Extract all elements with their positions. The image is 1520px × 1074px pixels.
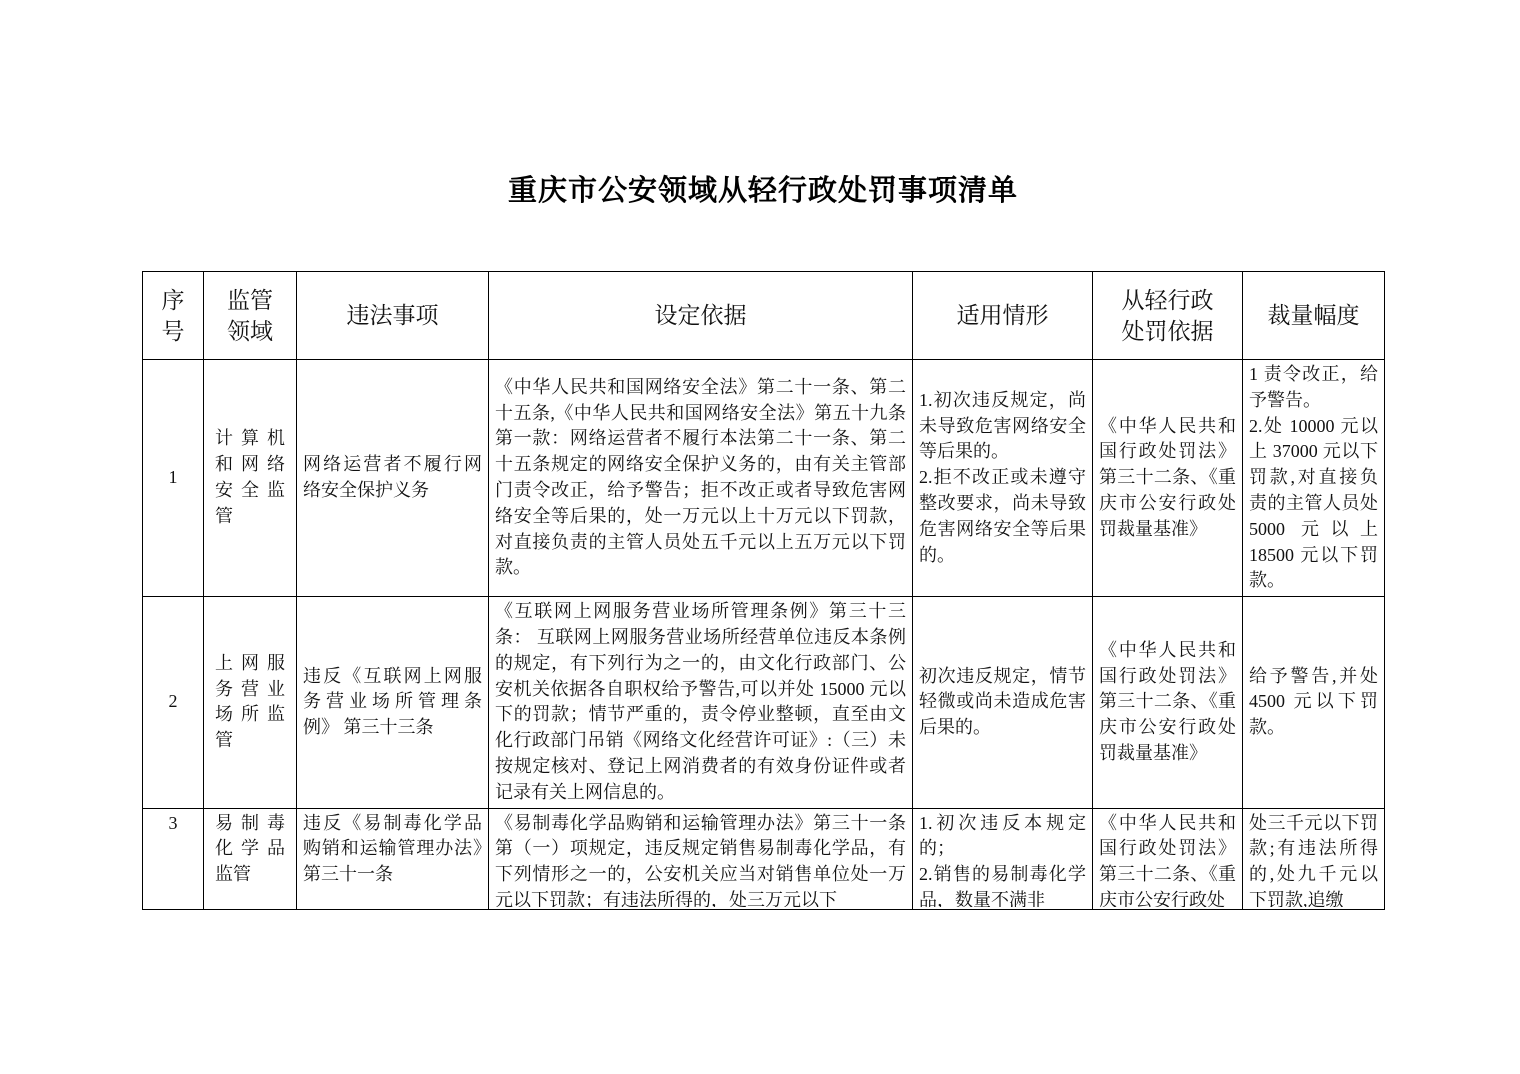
page-title: 重庆市公安领域从轻行政处罚事项清单: [142, 168, 1384, 209]
col-header-lenient-basis-label: 从轻行政 处罚依据: [1095, 285, 1240, 347]
table-row: 3 易制毒化学品监管 违反《易制毒化学品购销和运输管理办法》第三十一条 《易制毒…: [143, 808, 1385, 909]
row-number: 2: [149, 689, 197, 715]
col-header-no-label: 序 号: [145, 285, 201, 347]
lenient-basis-text: 《中华人民共和国行政处罚法》第三十二条、《重庆市公安行政处: [1099, 811, 1236, 907]
matter-text: 网络运营者不履行网络安全保护义务: [303, 452, 482, 504]
cell-basis: 《中华人民共和国网络安全法》第二十一条、第二十五条,《中华人民共和国网络安全法》…: [489, 360, 913, 597]
basis-text: 《易制毒化学品购销和运输管理办法》第三十一条第（一）项规定，违反规定销售易制毒化…: [495, 811, 906, 907]
col-header-field-label: 监管 领域: [206, 285, 294, 347]
cell-circumstances: 1.初次违反本规定的； 2.销售的易制毒化学品，数量不满非: [913, 808, 1093, 909]
row-number: 1: [149, 465, 197, 491]
cell-field: 上网服务营业场所监管: [204, 597, 297, 808]
col-header-circumstances-label: 适用情形: [915, 300, 1090, 331]
circumstances-text: 1.初次违反本规定的； 2.销售的易制毒化学品，数量不满非: [919, 811, 1086, 907]
cell-no: 2: [143, 597, 204, 808]
cell-field: 易制毒化学品监管: [204, 808, 297, 909]
cell-no: 1: [143, 360, 204, 597]
col-header-basis-label: 设定依据: [491, 300, 910, 331]
cell-matter: 网络运营者不履行网络安全保护义务: [297, 360, 489, 597]
cell-basis: 《互联网上网服务营业场所管理条例》第三十三条： 互联网上网服务营业场所经营单位违…: [489, 597, 913, 808]
cell-discretion: 处三千元以下罚款;有违法所得的,处九千元以下罚款,追缴: [1243, 808, 1385, 909]
field-text: 易制毒化学品监管: [215, 811, 285, 907]
cell-circumstances: 初次违反规定，情节轻微或尚未造成危害后果的。: [913, 597, 1093, 808]
cell-discretion: 1 责令改正，给予警告。 2.处 10000 元以上 37000 元以下罚款,对…: [1243, 360, 1385, 597]
table-row: 1 计算机和网络安全监管 网络运营者不履行网络安全保护义务 《中华人民共和国网络…: [143, 360, 1385, 597]
circumstances-text: 1.初次违反规定，尚未导致危害网络安全等后果的。 2.拒不改正或未遵守整改要求，…: [919, 388, 1086, 569]
cell-lenient-basis: 《中华人民共和国行政处罚法》第三十二条、《重庆市公安行政处: [1093, 808, 1243, 909]
table-row: 2 上网服务营业场所监管 违反《互联网上网服务营业场所管理条例》 第三十三条 《…: [143, 597, 1385, 808]
cell-field: 计算机和网络安全监管: [204, 360, 297, 597]
col-header-circumstances: 适用情形: [913, 272, 1093, 360]
discretion-text: 1 责令改正，给予警告。 2.处 10000 元以上 37000 元以下罚款,对…: [1249, 362, 1378, 594]
col-header-discretion-label: 裁量幅度: [1245, 300, 1382, 331]
cell-matter: 违反《互联网上网服务营业场所管理条例》 第三十三条: [297, 597, 489, 808]
field-text: 计算机和网络安全监管: [215, 426, 285, 529]
lenient-basis-text: 《中华人民共和国行政处罚法》第三十二条、《重庆市公安行政处罚裁量基准》: [1099, 638, 1236, 767]
matter-text: 违反《互联网上网服务营业场所管理条例》 第三十三条: [303, 664, 482, 741]
cell-lenient-basis: 《中华人民共和国行政处罚法》第三十二条、《重庆市公安行政处罚裁量基准》: [1093, 360, 1243, 597]
col-header-basis: 设定依据: [489, 272, 913, 360]
circumstances-text: 初次违反规定，情节轻微或尚未造成危害后果的。: [919, 664, 1086, 741]
col-header-discretion: 裁量幅度: [1243, 272, 1385, 360]
field-text: 上网服务营业场所监管: [215, 651, 285, 754]
penalty-table: 序 号 监管 领域 违法事项 设定依据 适用情形 从轻行政 处罚依据 裁量幅度 …: [142, 271, 1385, 910]
cell-discretion: 给予警告,并处 4500 元以下罚款。: [1243, 597, 1385, 808]
matter-text: 违反《易制毒化学品购销和运输管理办法》第三十一条: [303, 811, 482, 907]
cell-lenient-basis: 《中华人民共和国行政处罚法》第三十二条、《重庆市公安行政处罚裁量基准》: [1093, 597, 1243, 808]
col-header-lenient-basis: 从轻行政 处罚依据: [1093, 272, 1243, 360]
basis-text: 《互联网上网服务营业场所管理条例》第三十三条： 互联网上网服务营业场所经营单位违…: [495, 599, 906, 805]
cell-no: 3: [143, 808, 204, 909]
header-row: 序 号 监管 领域 违法事项 设定依据 适用情形 从轻行政 处罚依据 裁量幅度: [143, 272, 1385, 360]
lenient-basis-text: 《中华人民共和国行政处罚法》第三十二条、《重庆市公安行政处罚裁量基准》: [1099, 414, 1236, 543]
cell-matter: 违反《易制毒化学品购销和运输管理办法》第三十一条: [297, 808, 489, 909]
col-header-field: 监管 领域: [204, 272, 297, 360]
cell-basis: 《易制毒化学品购销和运输管理办法》第三十一条第（一）项规定，违反规定销售易制毒化…: [489, 808, 913, 909]
col-header-no: 序 号: [143, 272, 204, 360]
basis-text: 《中华人民共和国网络安全法》第二十一条、第二十五条,《中华人民共和国网络安全法》…: [495, 375, 906, 581]
row-number: 3: [149, 811, 197, 907]
discretion-text: 给予警告,并处 4500 元以下罚款。: [1249, 664, 1378, 741]
discretion-text: 处三千元以下罚款;有违法所得的,处九千元以下罚款,追缴: [1249, 811, 1378, 907]
cell-circumstances: 1.初次违反规定，尚未导致危害网络安全等后果的。 2.拒不改正或未遵守整改要求，…: [913, 360, 1093, 597]
col-header-matter: 违法事项: [297, 272, 489, 360]
col-header-matter-label: 违法事项: [299, 300, 486, 331]
